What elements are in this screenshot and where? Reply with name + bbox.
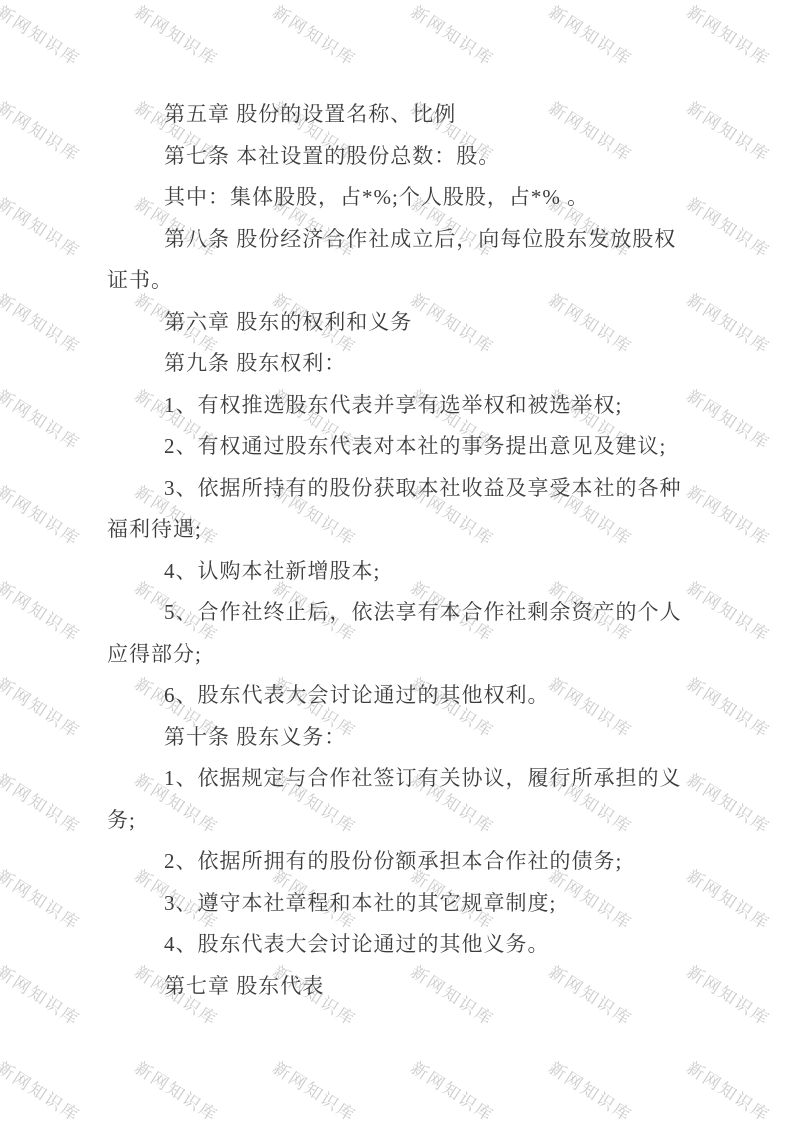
watermark-text: 新网知识库 <box>0 291 83 357</box>
text-line: 6、股东代表大会讨论通过的其他权利。 <box>107 675 692 717</box>
watermark-text: 新网知识库 <box>0 963 83 1029</box>
watermark-text: 新网知识库 <box>0 867 83 933</box>
text-line: 2、依据所拥有的股份份额承担本合作社的债务; <box>107 841 692 883</box>
watermark-text: 新网知识库 <box>0 579 83 645</box>
text-line: 第八条 股份经济合作社成立后，向每位股东发放股权 <box>107 219 692 261</box>
watermark-text: 新网知识库 <box>408 3 497 69</box>
document-page: 新网知识库新网知识库新网知识库新网知识库新网知识库新网知识库新网知识库新网知识库… <box>0 0 793 1122</box>
text-line: 务; <box>107 800 692 842</box>
text-line: 证书。 <box>107 260 692 302</box>
text-line: 1、有权推选股东代表并享有选举权和被选举权; <box>107 385 692 427</box>
text-line: 第九条 股东权利： <box>107 343 692 385</box>
watermark-text: 新网知识库 <box>0 3 83 69</box>
text-line: 福利待遇; <box>107 509 692 551</box>
text-line: 第七章 股东代表 <box>107 966 692 1008</box>
text-line: 4、股东代表大会讨论通过的其他义务。 <box>107 924 692 966</box>
watermark-text: 新网知识库 <box>684 867 773 933</box>
text-line: 4、认购本社新增股本; <box>107 551 692 593</box>
watermark-text: 新网知识库 <box>0 675 83 741</box>
watermark-text: 新网知识库 <box>132 3 221 69</box>
watermark-text: 新网知识库 <box>0 99 83 165</box>
watermark-text: 新网知识库 <box>684 579 773 645</box>
watermark-text: 新网知识库 <box>684 771 773 837</box>
text-line: 第五章 股份的设置名称、比例 <box>107 94 692 136</box>
text-line: 5、合作社终止后，依法享有本合作社剩余资产的个人 <box>107 592 692 634</box>
watermark-text: 新网知识库 <box>270 3 359 69</box>
watermark-text: 新网知识库 <box>684 3 773 69</box>
watermark-text: 新网知识库 <box>684 675 773 741</box>
text-line: 应得部分; <box>107 634 692 676</box>
text-line: 其中：集体股股，占*%;个人股股，占*% 。 <box>107 177 692 219</box>
watermark-text: 新网知识库 <box>684 1059 773 1122</box>
text-line: 第七条 本社设置的股份总数：股。 <box>107 136 692 178</box>
watermark-text: 新网知识库 <box>0 771 83 837</box>
text-line: 3、遵守本社章程和本社的其它规章制度; <box>107 883 692 925</box>
watermark-text: 新网知识库 <box>0 195 83 261</box>
watermark-text: 新网知识库 <box>0 387 83 453</box>
watermark-text: 新网知识库 <box>132 1059 221 1122</box>
watermark-text: 新网知识库 <box>684 291 773 357</box>
document-body: 第五章 股份的设置名称、比例第七条 本社设置的股份总数：股。其中：集体股股，占*… <box>107 94 692 1007</box>
text-line: 2、有权通过股东代表对本社的事务提出意见及建议; <box>107 426 692 468</box>
watermark-text: 新网知识库 <box>684 99 773 165</box>
watermark-text: 新网知识库 <box>0 483 83 549</box>
watermark-text: 新网知识库 <box>408 1059 497 1122</box>
text-line: 3、依据所持有的股份获取本社收益及享受本社的各种 <box>107 468 692 510</box>
text-line: 第六章 股东的权利和义务 <box>107 302 692 344</box>
text-line: 1、依据规定与合作社签订有关协议，履行所承担的义 <box>107 758 692 800</box>
watermark-text: 新网知识库 <box>270 1059 359 1122</box>
watermark-text: 新网知识库 <box>0 1059 83 1122</box>
watermark-text: 新网知识库 <box>684 387 773 453</box>
watermark-text: 新网知识库 <box>684 195 773 261</box>
watermark-text: 新网知识库 <box>684 963 773 1029</box>
watermark-text: 新网知识库 <box>546 1059 635 1122</box>
watermark-text: 新网知识库 <box>546 3 635 69</box>
text-line: 第十条 股东义务： <box>107 717 692 759</box>
watermark-text: 新网知识库 <box>684 483 773 549</box>
